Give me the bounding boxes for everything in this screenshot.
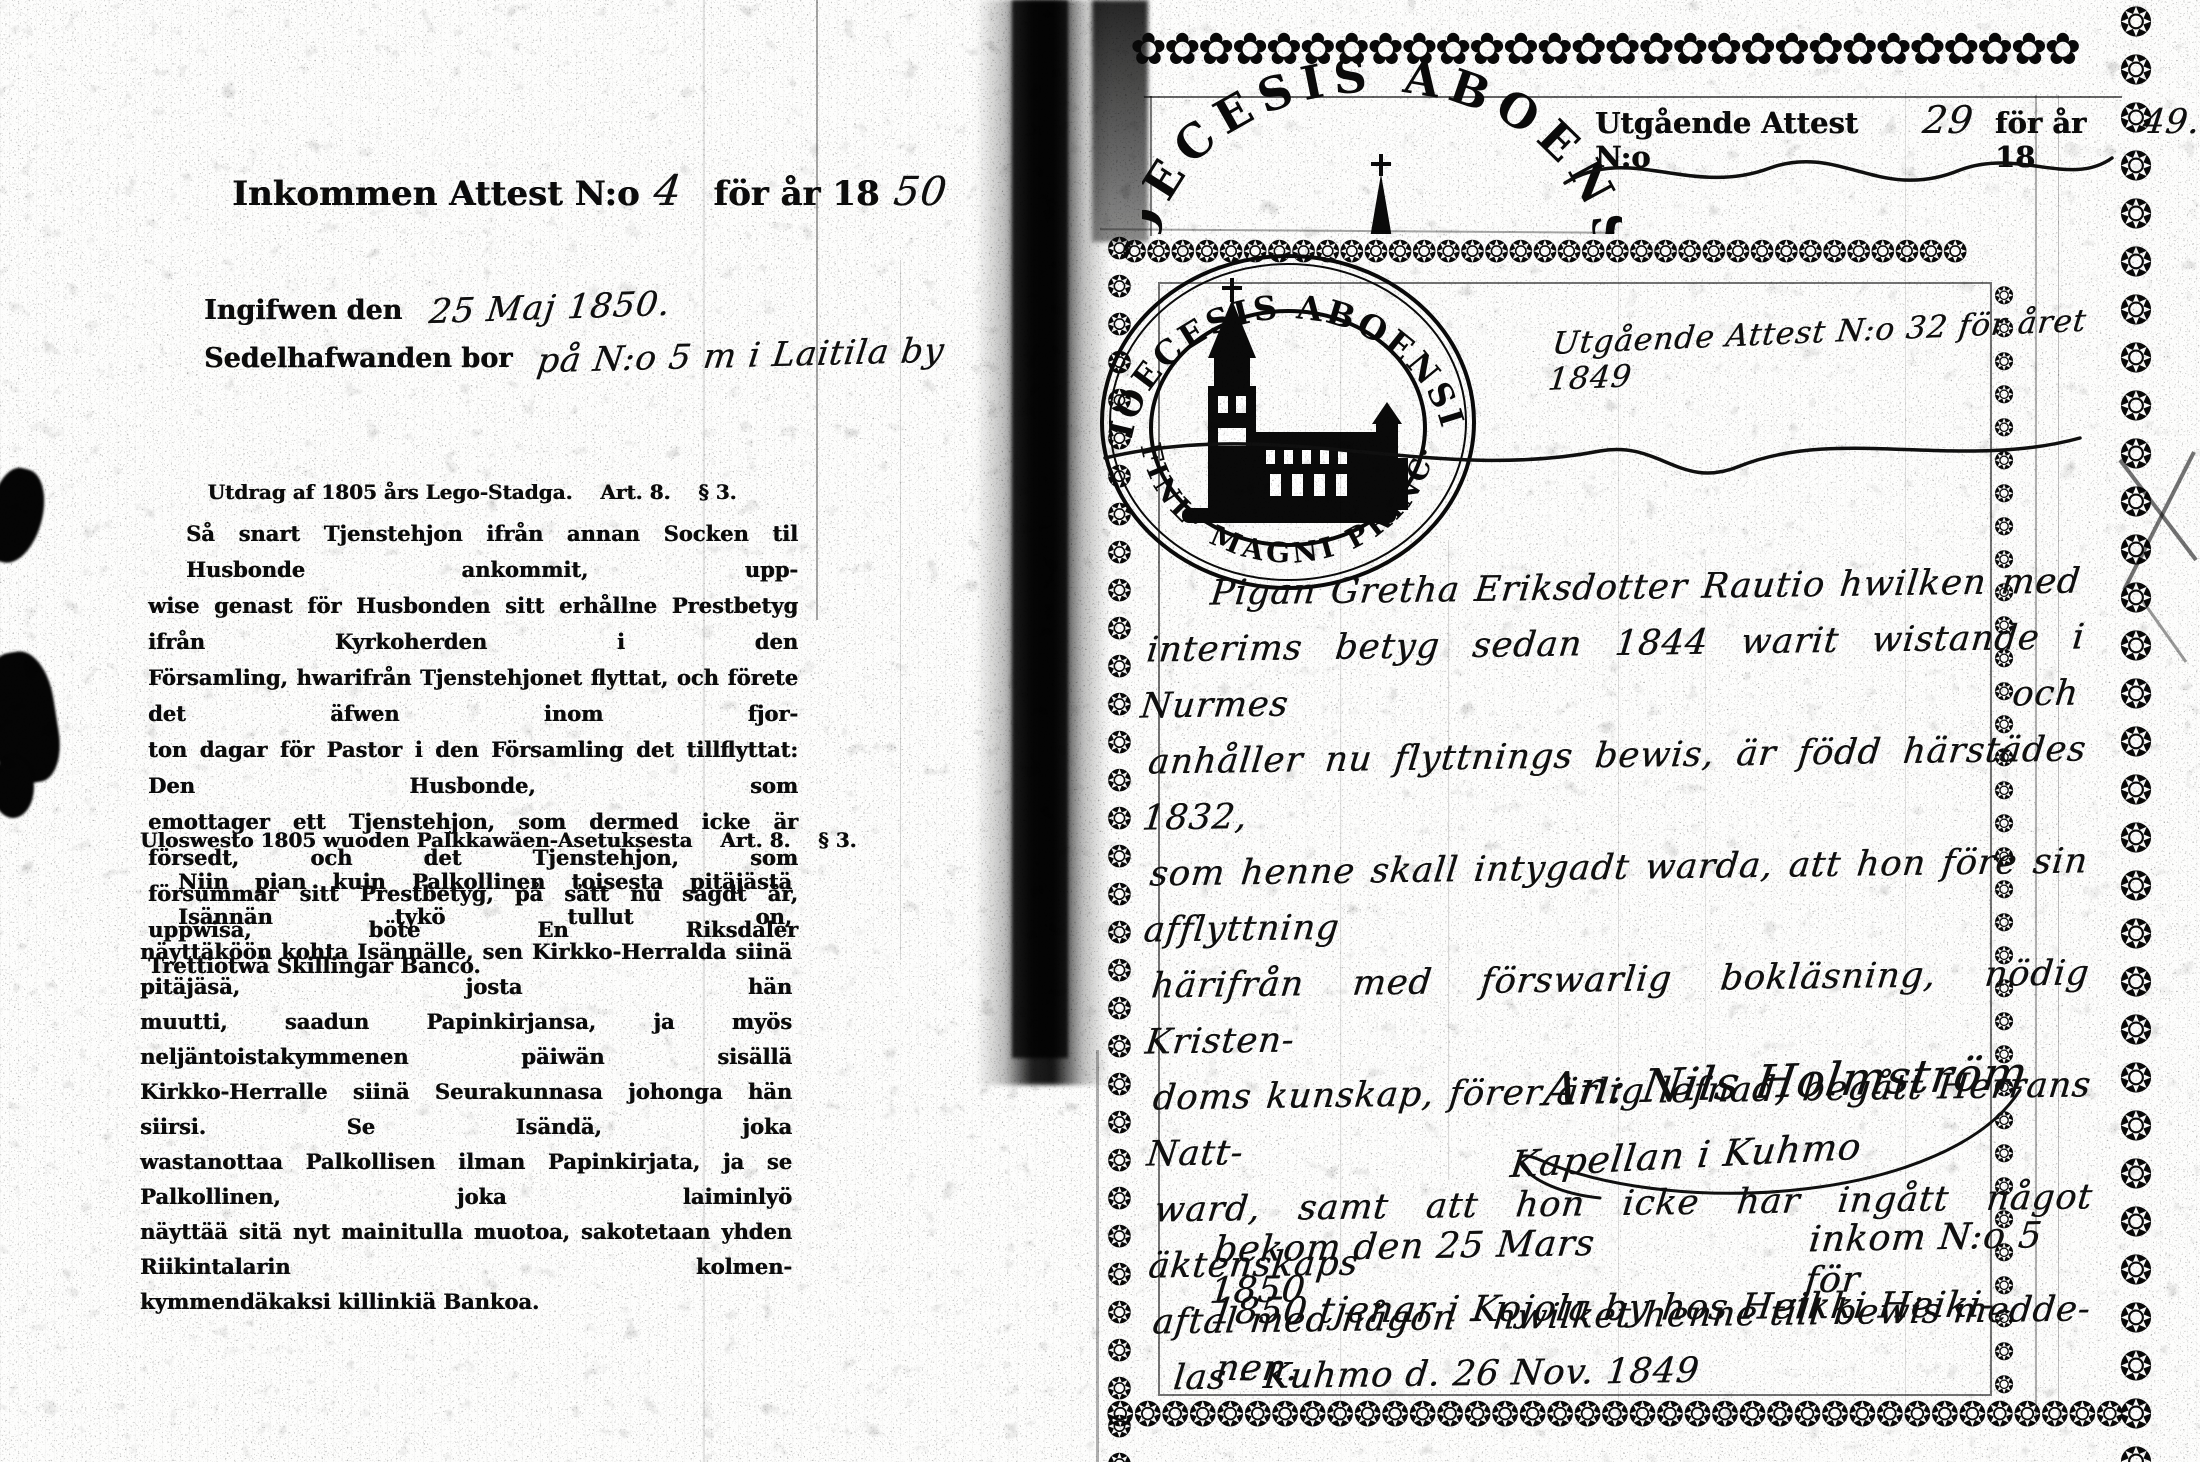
finnish-line: Kirkko-Herralle siinä Seurakunnasa johon… <box>140 1074 792 1144</box>
received-value-handwritten: 25 Maj 1850. <box>427 284 673 332</box>
front-sheet-paper-edge <box>1100 228 1615 234</box>
left-attest-header-printed: Inkommen Attest N:o <box>232 174 640 214</box>
diocese-seal-icon: DIOECESIS ABOENSIS. FINL· MAGNI PRINC· <box>1090 246 1490 598</box>
swedish-line: wise genast för Husbonden sitt erhållne … <box>148 588 798 660</box>
front-attest-line-handwritten: Utgående Attest N:o 32 för året 1849 <box>1546 302 2106 398</box>
finnish-line: näyttää sitä nyt mainitulla muotoa, sako… <box>140 1214 792 1284</box>
body-line: anhåller nu flyttnings bewis, är född hä… <box>1139 721 2089 846</box>
received-line: Ingifwen den 25 Maj 1850. <box>204 288 670 328</box>
holder-label: Sedelhafwanden bor <box>204 343 512 374</box>
left-attest-number-handwritten: 4 <box>651 166 685 215</box>
archival-scan-spread: Inkommen Attest N:o 4 för år 18 50 Ingif… <box>0 0 2200 1462</box>
body-line: interims betyg sedan 1844 warit wistande… <box>1138 609 2088 734</box>
received-note-line2-handwritten: 1850 tjenar i Kojola by hos Heikki Heiki… <box>1209 1285 1998 1333</box>
received-label: Ingifwen den <box>204 295 402 326</box>
left-attest-year-handwritten: 50 <box>891 169 950 215</box>
left-attest-header: Inkommen Attest N:o 4 för år 18 50 <box>232 166 946 215</box>
right-page-front-sheet: ❂❂❂❂❂❂❂❂❂❂❂❂❂❂❂❂❂❂❂❂❂❂❂❂❂❂❂❂❂❂❂❂❂❂❂ ❂❂❂❂… <box>1100 0 2100 1462</box>
binding-gutter-core <box>1012 0 1068 1058</box>
left-page: Inkommen Attest N:o 4 för år 18 50 Ingif… <box>0 0 1000 1462</box>
finnish-line: wastanottaa Palkollisen ilman Papinkirja… <box>140 1144 792 1214</box>
finnish-line: Niin pian kuin Palkollinen toisesta pitä… <box>140 864 792 934</box>
holder-line: Sedelhafwanden bor på N:o 5 m i Laitila … <box>204 336 944 376</box>
body-line: som henne skall intygadt warda, att hon … <box>1141 833 2091 958</box>
scan-edge-blob <box>0 756 34 818</box>
finnish-section-heading: Uloswesto 1805 wuoden Palkkawäen-Asetuks… <box>140 828 800 852</box>
scan-edge-blob <box>0 463 53 569</box>
holder-value-handwritten: på N:o 5 m i Laitila by <box>535 331 947 382</box>
swedish-line: ton dagar för Pastor i den Församling de… <box>148 732 798 804</box>
left-attest-year-printed: för år 18 <box>713 174 879 214</box>
rosette-border-far-right-ornament: ❂❂❂❂❂❂❂❂❂❂❂❂❂❂❂❂❂❂❂❂❂❂❂❂❂❂❂❂❂❂❂❂❂❂❂❂❂❂❂❂… <box>2116 0 2156 1462</box>
swedish-section-heading: Utdrag af 1805 års Lego-Stadga. Art. 8. … <box>148 480 796 504</box>
scan-edge-blob <box>0 647 66 789</box>
received-note-line3-handwritten: nen. <box>1213 1348 1302 1389</box>
finnish-paragraph: Niin pian kuin Palkollinen toisesta pitä… <box>140 864 792 1319</box>
swedish-line: Så snart Tjenstehjon ifrån annan Socken … <box>148 516 798 588</box>
swedish-line: Församling, hwarifrån Tjenstehjonet flyt… <box>148 660 798 732</box>
binding-fold-line <box>1096 1050 1099 1462</box>
finnish-line: kymmendäkaksi killinkiä Bankoa. <box>140 1284 792 1319</box>
svg-text:DIOECESIS ABOENSIS.: DIOECESIS ABOENSIS. <box>1090 246 1473 441</box>
finnish-line: muutti, saadun Papinkirjansa, ja myös ne… <box>140 1004 792 1074</box>
finnish-line: näyttäköön kohta Isännälle, sen Kirkko-H… <box>140 934 792 1004</box>
